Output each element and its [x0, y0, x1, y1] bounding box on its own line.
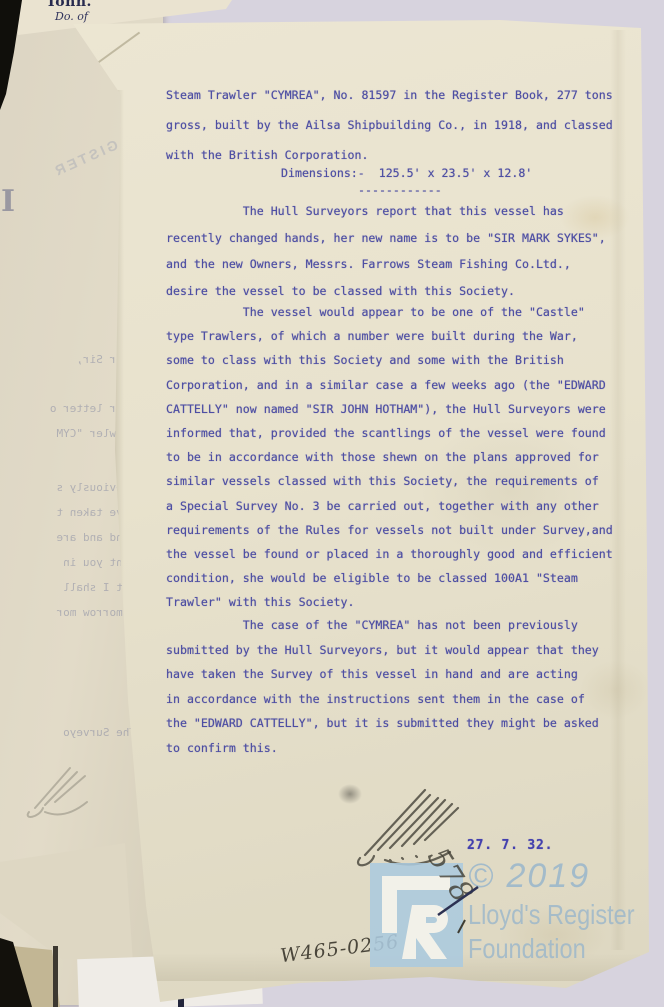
ghost-text-line: but I shall	[0, 581, 136, 594]
typed-paragraph-castle-type: The vessel would appear to be one of the…	[166, 300, 613, 615]
ghost-text-line: Dear Sir,	[0, 353, 136, 366]
watermark-line1: Lloyd's Register	[468, 899, 635, 931]
typed-paragraph-vessel-details: Steam Trawler "CYMREA", No. 81597 in the…	[166, 80, 613, 170]
register-fragment-title: Tonn.	[46, 0, 92, 10]
ghost-text-line: previously s	[0, 481, 136, 494]
ghost-text-line: tomorrow mor	[0, 606, 136, 619]
pencil-number-text: 578	[420, 842, 480, 909]
ghost-register-stamp: GISTER	[50, 136, 121, 179]
ghost-initial-ornament: I	[1, 184, 15, 219]
ghost-text-line: have taken t	[0, 506, 136, 519]
register-fragment-subtitle: Do. of	[55, 10, 88, 23]
ghost-signature-scribble	[15, 750, 105, 820]
pencil-annotation: 578	[410, 845, 490, 935]
page-edge-line	[53, 946, 58, 1007]
ghost-text-line: The Surveyo	[0, 726, 136, 739]
typed-paragraph-case-submission: The case of the "CYMREA" has not been pr…	[166, 613, 599, 761]
typed-dimensions-line: Dimensions:- 125.5' x 23.5' x 12.8'	[281, 166, 532, 180]
typed-paragraph-surveyors-report: The Hull Surveyors report that this vess…	[166, 198, 606, 305]
typed-dimensions-underline: ------------	[358, 183, 442, 197]
ghost-text-line: hand and are	[0, 531, 136, 544]
watermark-line2: Foundation	[468, 933, 586, 965]
ghost-text-line: your letter o	[0, 402, 136, 415]
scanned-document-photo: I GISTER Dear Sir, your letter o trawler…	[0, 0, 664, 1007]
ghost-text-line: sent you in	[0, 556, 136, 569]
